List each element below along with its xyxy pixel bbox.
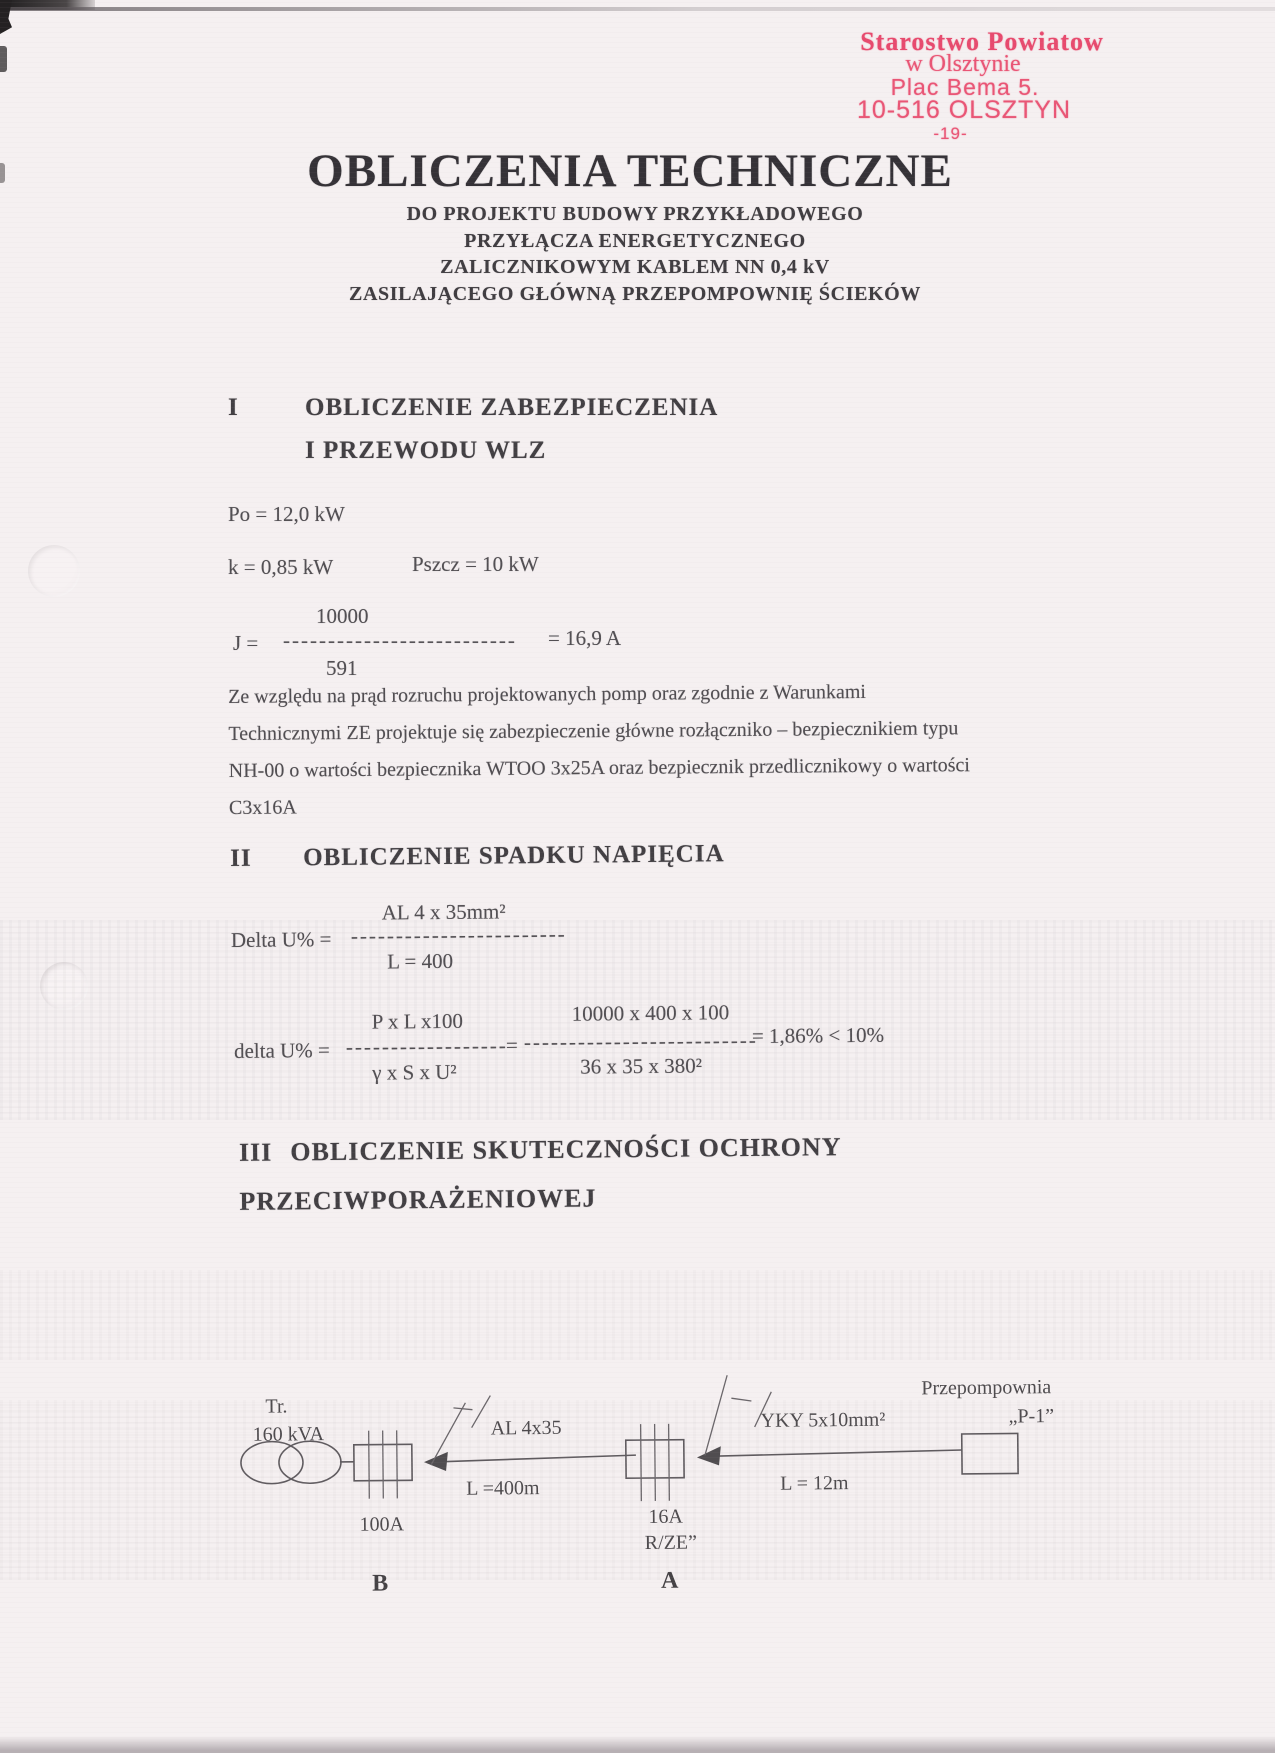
transformer-rating-label: 160 kVA	[253, 1423, 325, 1446]
formula-delta2-equals: =	[506, 1033, 518, 1058]
fuse-symbol-a	[626, 1424, 685, 1502]
formula-delta2-num1: P x L x100	[372, 1009, 463, 1035]
cable-line-2	[696, 1373, 962, 1466]
fuse-symbol-b	[354, 1430, 413, 1499]
formula-delta2-result: = 1,86% < 10%	[752, 1023, 884, 1049]
scanned-document-page: Starostwo Powiatow w Olsztynie Plac Bema…	[0, 0, 1275, 1753]
section-3-heading-line: PRZECIWPORAŻENIOWEJ	[239, 1171, 842, 1226]
fuse-a-rating-label: 16A	[648, 1506, 683, 1528]
station-box	[962, 1433, 1018, 1474]
circuit-diagram: Tr. 160 kVA 100A B AL 4x35 L =400m 16A R…	[0, 0, 1275, 1753]
formula-delta2-lhs: delta U% =	[234, 1038, 330, 1064]
cable2-length-label: L = 12m	[780, 1472, 849, 1495]
section-3-numeral: III	[239, 1128, 273, 1177]
section-3-heading: IIIOBLICZENIE SKUTECZNOŚCI OCHRONY PRZEC…	[239, 1122, 842, 1226]
formula-delta1-denominator: L = 400	[387, 949, 453, 975]
formula-delta2-den2: 36 x 35 x 380²	[580, 1053, 702, 1079]
section-2-heading: II OBLICZENIE SPADKU NAPIĘCIA	[230, 840, 725, 873]
arrowhead-2	[697, 1446, 721, 1465]
formula-delta2-fraction-line-1: ------------------	[346, 1033, 508, 1060]
station-name-label: Przepompownia	[921, 1376, 1051, 1399]
node-a-label: A	[661, 1568, 679, 1594]
cable1-length-label: L =400m	[466, 1477, 540, 1500]
formula-delta2-num2: 10000 x 400 x 100	[572, 1000, 730, 1027]
fuse-a-name-label: R/ZE”	[645, 1532, 697, 1555]
cable-line-1	[423, 1394, 636, 1471]
formula-delta2-den1: γ x S x U²	[372, 1060, 457, 1086]
node-b-label: B	[372, 1571, 388, 1597]
transformer-symbol	[241, 1441, 341, 1484]
section-2-heading-line: OBLICZENIE SPADKU NAPIĘCIA	[303, 840, 725, 872]
cable1-type-label: AL 4x35	[491, 1417, 562, 1440]
fuse-b-rating-label: 100A	[359, 1513, 404, 1535]
formula-delta1-fraction-line: ------------------------	[351, 922, 567, 949]
station-id-label: „P-1”	[1008, 1405, 1054, 1427]
cable2-type-label: YKY 5x10mm²	[760, 1409, 885, 1432]
section-3-heading-line: OBLICZENIE SKUTECZNOŚCI OCHRONY	[290, 1132, 841, 1166]
formula-delta2-fraction-line-2: --------------------------	[524, 1028, 758, 1055]
section-2-numeral: II	[230, 844, 303, 873]
transformer-label: Tr.	[265, 1395, 287, 1417]
formula-delta1-lhs: Delta U% =	[231, 927, 332, 953]
arrowhead-1	[424, 1452, 448, 1471]
lower-content: II OBLICZENIE SPADKU NAPIĘCIA AL 4 x 35m…	[0, 0, 1275, 1753]
